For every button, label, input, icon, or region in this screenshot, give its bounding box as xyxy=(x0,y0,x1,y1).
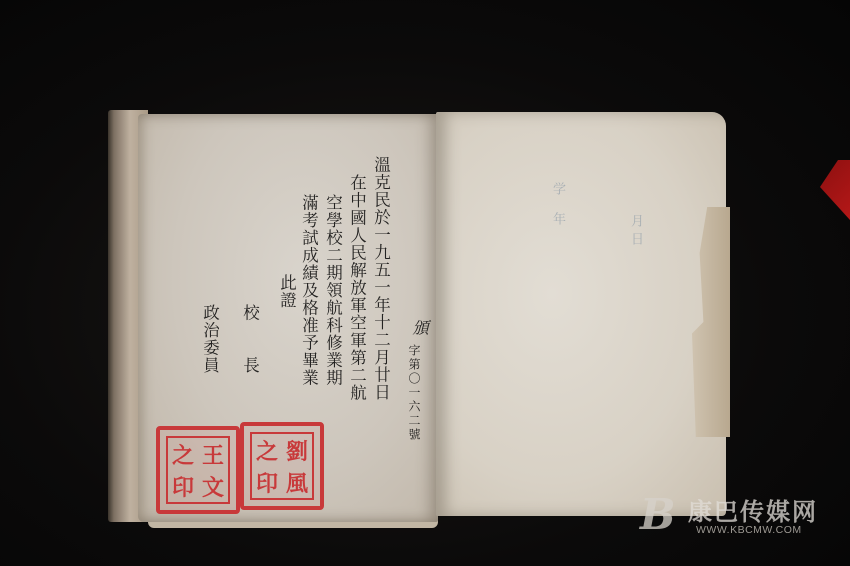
certificate-line-1: 溫克民於一九五一年十二月廿日 xyxy=(372,156,389,401)
certificate-line-4: 滿考試成績及格准予畢業 xyxy=(300,194,317,387)
bleed-through-char: 学 xyxy=(548,182,567,195)
watermark-url: WWW.KBCMW.COM xyxy=(696,524,802,536)
seal-char: 劉 xyxy=(282,434,312,466)
seal-char: 印 xyxy=(252,466,282,498)
signatory-principal: 校 長 xyxy=(241,304,258,374)
seal-char: 之 xyxy=(252,434,282,466)
seal-wang-wen: 王 文 之 印 xyxy=(156,426,240,514)
certificate-booklet: 字第〇一六二號 頒 溫克民於一九五一年十二月廿日 在中國人民解放軍空軍第二航 空… xyxy=(108,108,728,528)
signatory-commissar: 政治委員 xyxy=(201,304,218,374)
left-page: 字第〇一六二號 頒 溫克民於一九五一年十二月廿日 在中國人民解放軍空軍第二航 空… xyxy=(138,114,438,522)
watermark: B 康巴传媒网 WWW.KBCMW.COM xyxy=(640,490,840,545)
certificate-number: 字第〇一六二號 xyxy=(408,344,420,442)
certificate-closing: 此證 xyxy=(278,274,295,309)
certificate-line-3: 空學校二期領航科修業期 xyxy=(324,194,341,387)
seal-char: 印 xyxy=(168,470,198,502)
torn-edge xyxy=(692,207,730,437)
bleed-through-char: 年 xyxy=(548,212,567,225)
watermark-logo-icon: B xyxy=(640,490,676,539)
bleed-through-char: 月 xyxy=(626,214,645,227)
seal-char: 之 xyxy=(168,438,198,470)
watermark-title: 康巴传媒网 xyxy=(688,492,818,527)
seal-liu-feng: 劉 風 之 印 xyxy=(240,422,324,510)
certificate-header-char: 頒 xyxy=(410,319,427,337)
seal-char: 風 xyxy=(282,466,312,498)
red-object-edge xyxy=(820,160,850,220)
seal-char: 文 xyxy=(198,470,228,502)
bleed-through-char: 日 xyxy=(626,232,645,245)
right-page: 学 年 月 日 xyxy=(436,112,726,516)
seal-char: 王 xyxy=(198,438,228,470)
certificate-line-2: 在中國人民解放軍空軍第二航 xyxy=(348,174,365,402)
